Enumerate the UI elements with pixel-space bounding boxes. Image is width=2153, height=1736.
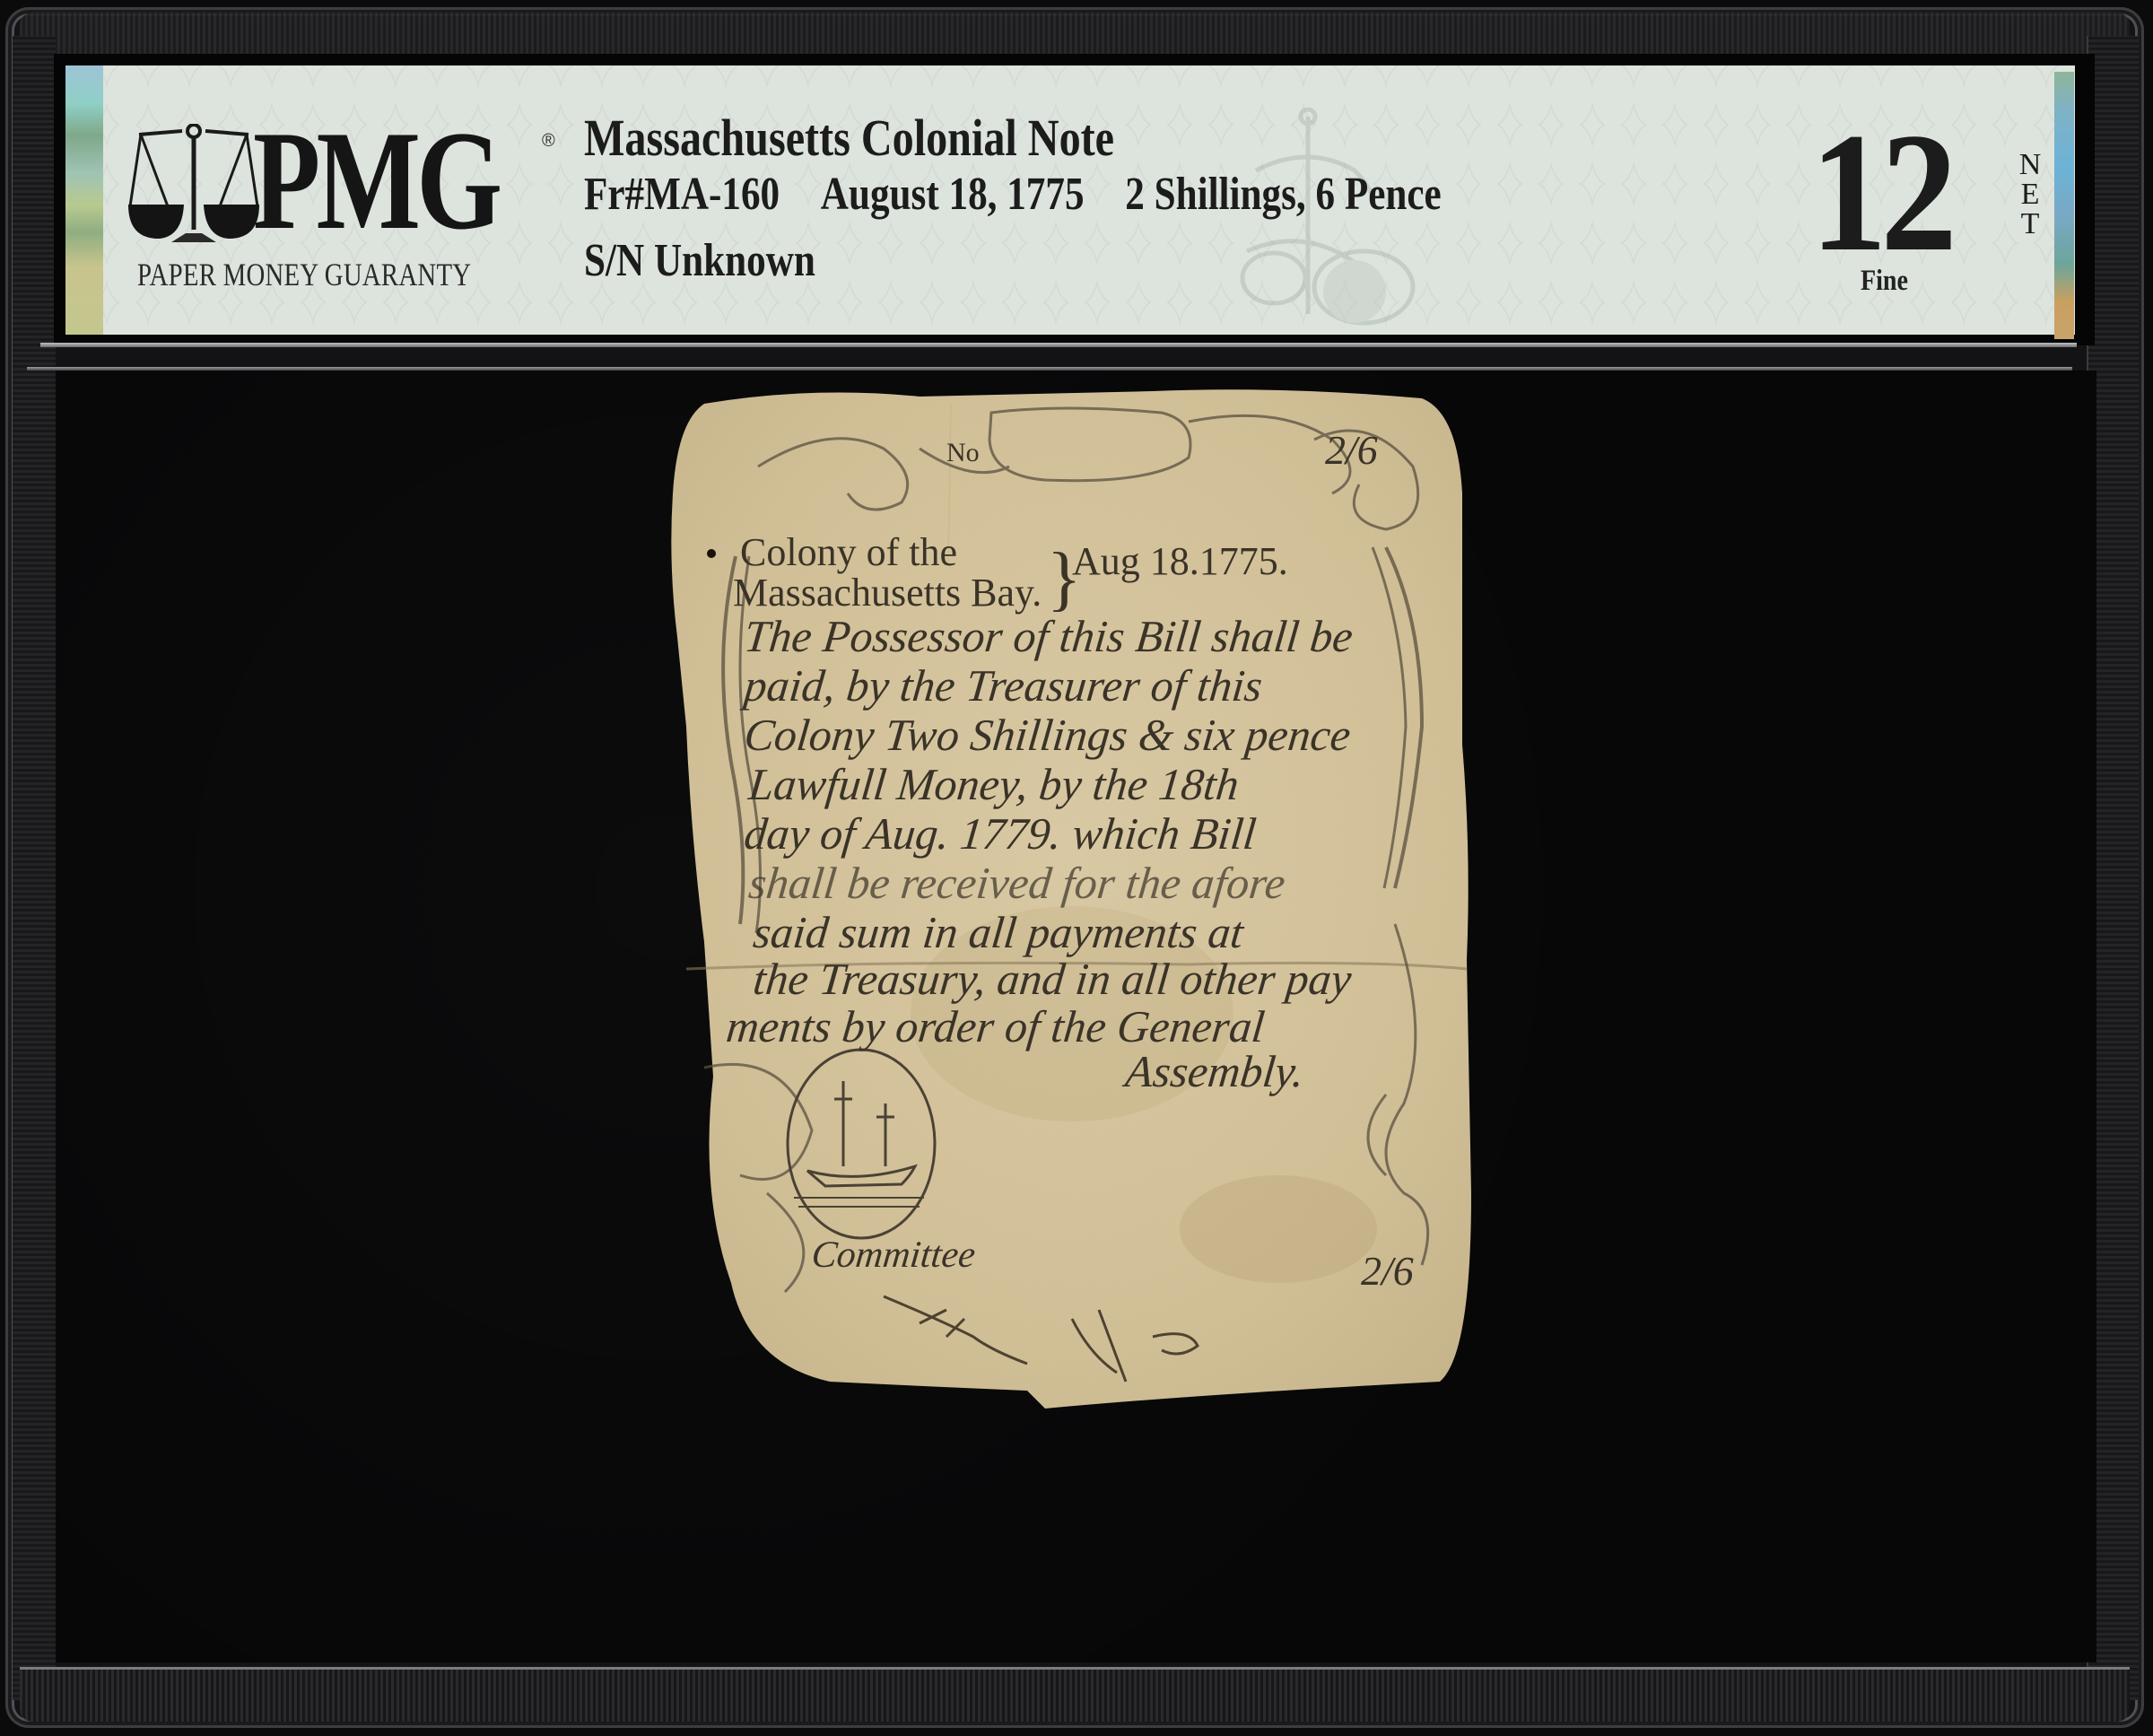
note-details: Fr#MA-160August 18, 17752 Shillings, 6 P… [584, 170, 1442, 219]
watermark-scales-icon [1220, 108, 1426, 332]
pmg-logo-text: PMG [253, 110, 498, 252]
hologram-strip-right [2054, 72, 2074, 339]
note-body-line: day of Aug. 1779. which Bill [742, 807, 1259, 859]
note-header-colony: Colony of the [740, 529, 957, 575]
colonial-note: No 2/6 Colony of the Massachusetts Bay. … [650, 386, 1471, 1416]
slab-bottom-rail [20, 1667, 2130, 1722]
note-body-line: shall be received for the afore [746, 857, 1288, 909]
holder-edge-line [27, 367, 2072, 371]
grade-description: Fine [1861, 265, 1908, 298]
note-body-line: the Treasury, and in all other pay [751, 953, 1354, 1005]
note-body-line: Assembly. [1123, 1045, 1307, 1097]
note-body-line: said sum in all payments at [751, 906, 1246, 958]
grade-number: 12 [1810, 117, 1951, 269]
grade-net-qualifier: N E T [2016, 150, 2044, 239]
note-denomination-bottom: 2/6 [1361, 1247, 1414, 1295]
note-body-line: paid, by the Treasurer of this [742, 659, 1265, 711]
net-letter: N [2016, 150, 2044, 179]
note-number-label: No [946, 438, 980, 468]
note-header-massachusetts: Massachusetts Bay. [733, 570, 1042, 615]
note-denomination-top: 2/6 [1325, 426, 1378, 474]
balance-scales-icon [128, 124, 259, 242]
net-letter: T [2016, 209, 2044, 239]
registered-mark: ® [542, 131, 555, 152]
note-body-line: The Possessor of this Bill shall be [742, 610, 1355, 662]
note-body-line: Colony Two Shillings & six pence [742, 709, 1354, 761]
label-separator [40, 343, 2077, 347]
slab-top-rail [20, 13, 2130, 56]
note-issue-date: Aug 18.1775. [1072, 538, 1288, 584]
note-committee-label: Committee [809, 1234, 977, 1277]
serial-number: S/N Unknown [584, 237, 815, 285]
slab-left-rail [13, 36, 56, 1700]
issue-date: August 18, 1775 [821, 170, 1085, 219]
denomination: 2 Shillings, 6 Pence [1125, 170, 1442, 219]
pmg-tagline: PAPER MONEY GUARANTY [137, 258, 471, 291]
net-letter: E [2016, 179, 2044, 209]
note-title: Massachusetts Colonial Note [584, 111, 1114, 165]
hologram-strip-left [65, 65, 103, 335]
catalog-number: Fr#MA-160 [584, 170, 780, 219]
note-body-line: Lawfull Money, by the 18th [746, 758, 1242, 810]
